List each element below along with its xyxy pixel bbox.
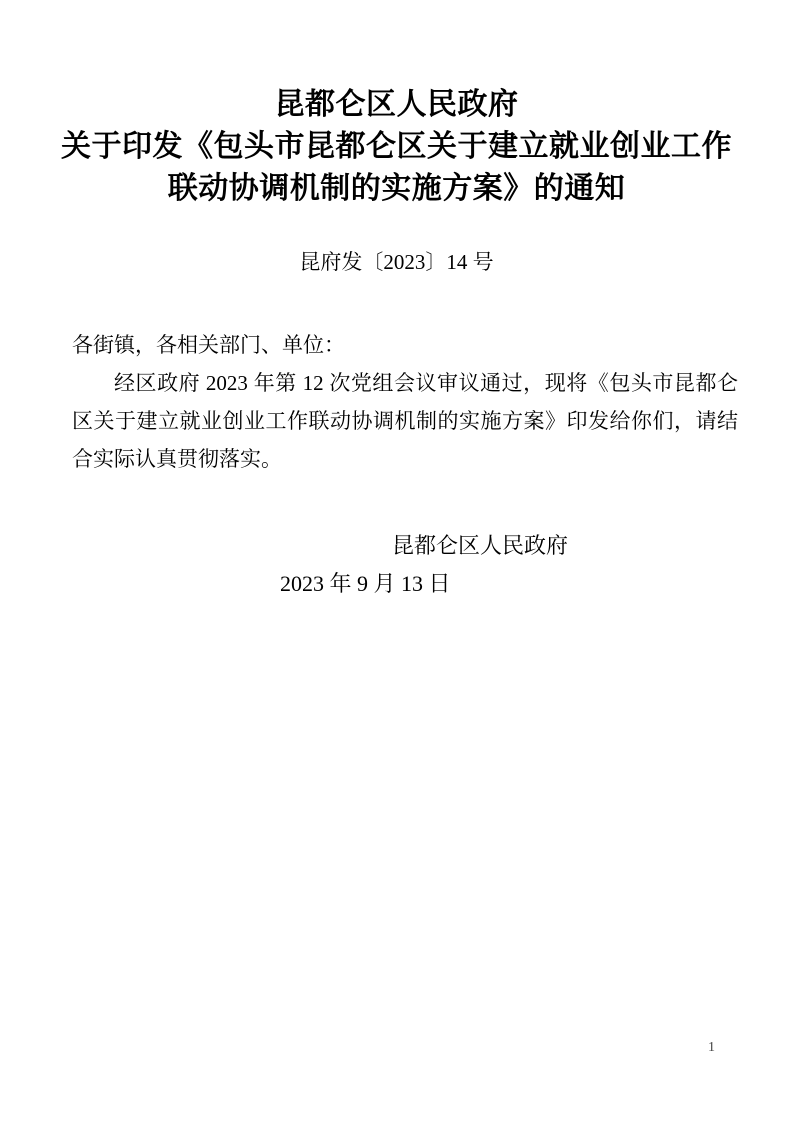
document-body: 各街镇，各相关部门、单位： 经区政府 2023 年第 12 次党组会议审议通过，… bbox=[0, 326, 793, 478]
document-page: 昆都仑区人民政府 关于印发《包头市昆都仑区关于建立就业创业工作 联动协调机制的实… bbox=[0, 0, 793, 1122]
title-line-2: 关于印发《包头市昆都仑区关于建立就业创业工作 bbox=[0, 126, 793, 168]
body-paragraph: 经区政府 2023 年第 12 次党组会议审议通过，现将《包头市昆都仑区关于建立… bbox=[72, 364, 738, 478]
signature-date: 2023 年 9 月 13 日 bbox=[0, 570, 793, 598]
signature-org: 昆都仑区人民政府 bbox=[0, 532, 793, 560]
title-line-1: 昆都仑区人民政府 bbox=[0, 84, 793, 126]
page-number: 1 bbox=[708, 1039, 715, 1057]
title-line-3: 联动协调机制的实施方案》的通知 bbox=[0, 168, 793, 210]
salutation: 各街镇，各相关部门、单位： bbox=[72, 326, 738, 364]
document-title: 昆都仑区人民政府 关于印发《包头市昆都仑区关于建立就业创业工作 联动协调机制的实… bbox=[0, 84, 793, 210]
document-number: 昆府发〔2023〕14 号 bbox=[0, 248, 793, 276]
